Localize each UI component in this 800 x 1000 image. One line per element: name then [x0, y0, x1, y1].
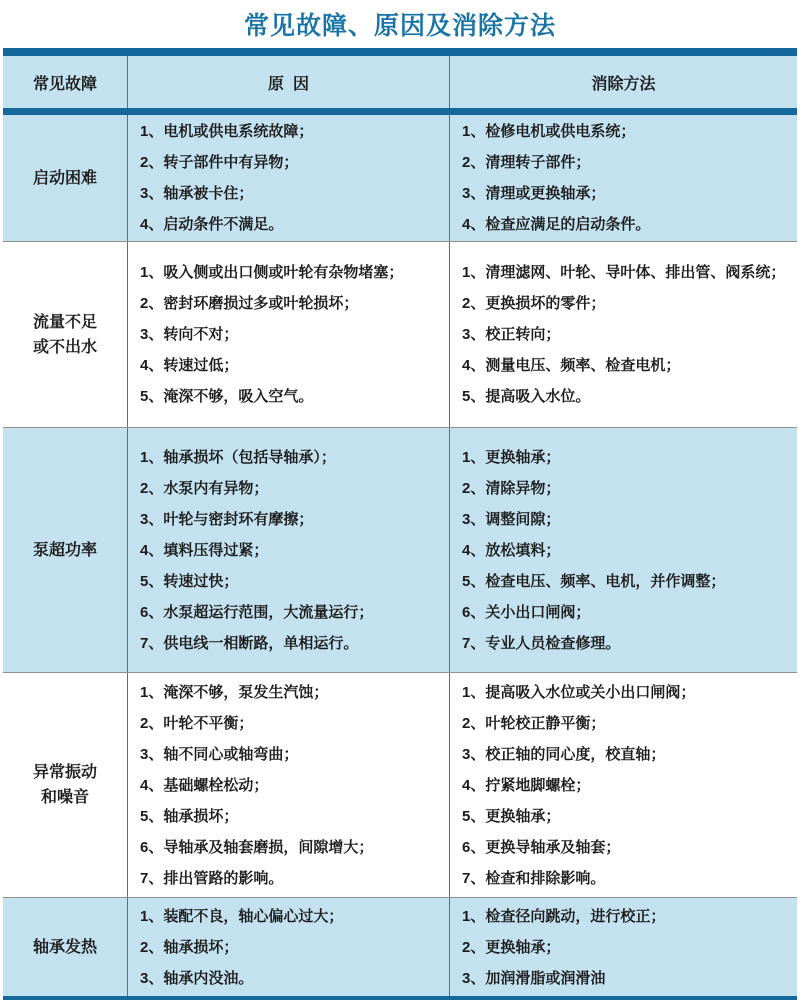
- remedy-item: 2、更换损坏的零件；: [462, 288, 793, 319]
- remedy-item: 3、清理或更换轴承；: [462, 178, 793, 209]
- fault-label-line: 或不出水: [33, 335, 97, 360]
- table-top-border: [3, 48, 797, 56]
- remedy-item: 1、检修电机或供电系统；: [462, 116, 793, 147]
- table-row: 轴承发热1、装配不良，轴心偏心过大；2、轴承损坏；3、轴承内没油。1、检查径向跳…: [3, 897, 797, 996]
- cause-item: 2、叶轮不平衡；: [140, 708, 445, 739]
- cause-item: 1、电机或供电系统故障；: [140, 116, 445, 147]
- remedy-item: 3、校正转向；: [462, 319, 793, 350]
- remedy-item: 1、检查径向跳动，进行校正；: [462, 901, 793, 932]
- cause-item: 6、导轴承及轴套磨损，间隙增大；: [140, 832, 445, 863]
- table-row: 启动困难1、电机或供电系统故障；2、转子部件中有异物；3、轴承被卡住；4、启动条…: [3, 115, 797, 241]
- cause-item: 3、轴承内没油。: [140, 963, 445, 994]
- cause-item: 4、填料压得过紧；: [140, 535, 445, 566]
- remedy-cell: 1、检查径向跳动，进行校正；2、更换轴承；3、加润滑脂或润滑油: [449, 898, 797, 996]
- remedy-item: 1、提高吸入水位或关小出口闸阀；: [462, 677, 793, 708]
- remedy-item: 7、专业人员检查修理。: [462, 628, 793, 659]
- fault-table: 常见故障 原 因 消除方法 启动困难1、电机或供电系统故障；2、转子部件中有异物…: [3, 48, 797, 1000]
- remedy-item: 4、拧紧地脚螺栓；: [462, 770, 793, 801]
- fault-cell: 启动困难: [3, 115, 127, 241]
- remedy-item: 2、清除异物；: [462, 473, 793, 504]
- remedy-item: 1、更换轴承；: [462, 442, 793, 473]
- fault-label-line: 启动困难: [33, 166, 97, 191]
- header-bottom-border: [3, 108, 797, 115]
- remedy-item: 4、测量电压、频率、检查电机；: [462, 350, 793, 381]
- cause-item: 3、轴不同心或轴弯曲；: [140, 739, 445, 770]
- remedy-cell: 1、更换轴承；2、清除异物；3、调整间隙；4、放松填料；5、检查电压、频率、电机…: [449, 428, 797, 672]
- table-bottom-border: [3, 996, 797, 1000]
- cause-item: 5、转速过快；: [140, 566, 445, 597]
- cause-cell: 1、电机或供电系统故障；2、转子部件中有异物；3、轴承被卡住；4、启动条件不满足…: [127, 115, 449, 241]
- cause-item: 3、轴承被卡住；: [140, 178, 445, 209]
- cause-item: 4、基础螺栓松动；: [140, 770, 445, 801]
- page: 常见故障、原因及消除方法 常见故障 原 因 消除方法 启动困难1、电机或供电系统…: [0, 0, 800, 1000]
- cause-item: 7、排出管路的影响。: [140, 863, 445, 894]
- remedy-item: 2、更换轴承；: [462, 932, 793, 963]
- header-remedy: 消除方法: [449, 56, 797, 108]
- remedy-item: 2、叶轮校正静平衡；: [462, 708, 793, 739]
- remedy-item: 5、更换轴承；: [462, 801, 793, 832]
- cause-item: 5、淹深不够，吸入空气。: [140, 381, 445, 412]
- fault-cell: 泵超功率: [3, 428, 127, 672]
- remedy-item: 2、清理转子部件；: [462, 147, 793, 178]
- cause-item: 4、转速过低；: [140, 350, 445, 381]
- table-row: 流量不足或不出水1、吸入侧或出口侧或叶轮有杂物堵塞；2、密封环磨损过多或叶轮损坏…: [3, 241, 797, 427]
- remedy-item: 5、检查电压、频率、电机，并作调整；: [462, 566, 793, 597]
- header-cause: 原 因: [127, 56, 449, 108]
- page-title: 常见故障、原因及消除方法: [0, 0, 800, 46]
- cause-item: 2、转子部件中有异物；: [140, 147, 445, 178]
- remedy-cell: 1、清理滤网、叶轮、导叶体、排出管、阀系统；2、更换损坏的零件；3、校正转向；4…: [449, 242, 797, 427]
- table-header-row: 常见故障 原 因 消除方法: [3, 56, 797, 108]
- fault-label-line: 流量不足: [33, 310, 97, 335]
- remedy-item: 6、关小出口闸阀；: [462, 597, 793, 628]
- table-row: 异常振动和噪音1、淹深不够，泵发生汽蚀；2、叶轮不平衡；3、轴不同心或轴弯曲；4…: [3, 672, 797, 897]
- remedy-item: 1、清理滤网、叶轮、导叶体、排出管、阀系统；: [462, 257, 793, 288]
- remedy-item: 3、调整间隙；: [462, 504, 793, 535]
- cause-item: 3、叶轮与密封环有摩擦；: [140, 504, 445, 535]
- cause-item: 2、轴承损坏；: [140, 932, 445, 963]
- fault-cell: 流量不足或不出水: [3, 242, 127, 427]
- cause-item: 3、转向不对；: [140, 319, 445, 350]
- cause-item: 1、淹深不够，泵发生汽蚀；: [140, 677, 445, 708]
- remedy-item: 3、加润滑脂或润滑油: [462, 963, 793, 994]
- remedy-cell: 1、检修电机或供电系统；2、清理转子部件；3、清理或更换轴承；4、检查应满足的启…: [449, 115, 797, 241]
- cause-item: 6、水泵超运行范围，大流量运行；: [140, 597, 445, 628]
- cause-item: 2、密封环磨损过多或叶轮损坏；: [140, 288, 445, 319]
- fault-cell: 轴承发热: [3, 898, 127, 996]
- cause-item: 1、轴承损坏（包括导轴承）；: [140, 442, 445, 473]
- cause-cell: 1、装配不良，轴心偏心过大；2、轴承损坏；3、轴承内没油。: [127, 898, 449, 996]
- table-body: 启动困难1、电机或供电系统故障；2、转子部件中有异物；3、轴承被卡住；4、启动条…: [3, 115, 797, 996]
- remedy-cell: 1、提高吸入水位或关小出口闸阀；2、叶轮校正静平衡；3、校正轴的同心度，校直轴；…: [449, 673, 797, 897]
- remedy-item: 4、检查应满足的启动条件。: [462, 209, 793, 240]
- remedy-item: 4、放松填料；: [462, 535, 793, 566]
- remedy-item: 3、校正轴的同心度，校直轴；: [462, 739, 793, 770]
- fault-label-line: 轴承发热: [33, 935, 97, 960]
- cause-cell: 1、轴承损坏（包括导轴承）；2、水泵内有异物；3、叶轮与密封环有摩擦；4、填料压…: [127, 428, 449, 672]
- cause-item: 2、水泵内有异物；: [140, 473, 445, 504]
- cause-item: 4、启动条件不满足。: [140, 209, 445, 240]
- fault-cell: 异常振动和噪音: [3, 673, 127, 897]
- remedy-item: 6、更换导轴承及轴套；: [462, 832, 793, 863]
- fault-label-line: 异常振动: [33, 760, 97, 785]
- remedy-item: 5、提高吸入水位。: [462, 381, 793, 412]
- remedy-item: 7、检查和排除影响。: [462, 863, 793, 894]
- header-fault: 常见故障: [3, 56, 127, 108]
- table-row: 泵超功率1、轴承损坏（包括导轴承）；2、水泵内有异物；3、叶轮与密封环有摩擦；4…: [3, 427, 797, 672]
- cause-item: 1、装配不良，轴心偏心过大；: [140, 901, 445, 932]
- fault-label-line: 泵超功率: [33, 538, 97, 563]
- cause-item: 1、吸入侧或出口侧或叶轮有杂物堵塞；: [140, 257, 445, 288]
- cause-item: 7、供电线一相断路，单相运行。: [140, 628, 445, 659]
- cause-item: 5、轴承损坏；: [140, 801, 445, 832]
- fault-label-line: 和噪音: [41, 785, 89, 810]
- cause-cell: 1、淹深不够，泵发生汽蚀；2、叶轮不平衡；3、轴不同心或轴弯曲；4、基础螺栓松动…: [127, 673, 449, 897]
- cause-cell: 1、吸入侧或出口侧或叶轮有杂物堵塞；2、密封环磨损过多或叶轮损坏；3、转向不对；…: [127, 242, 449, 427]
